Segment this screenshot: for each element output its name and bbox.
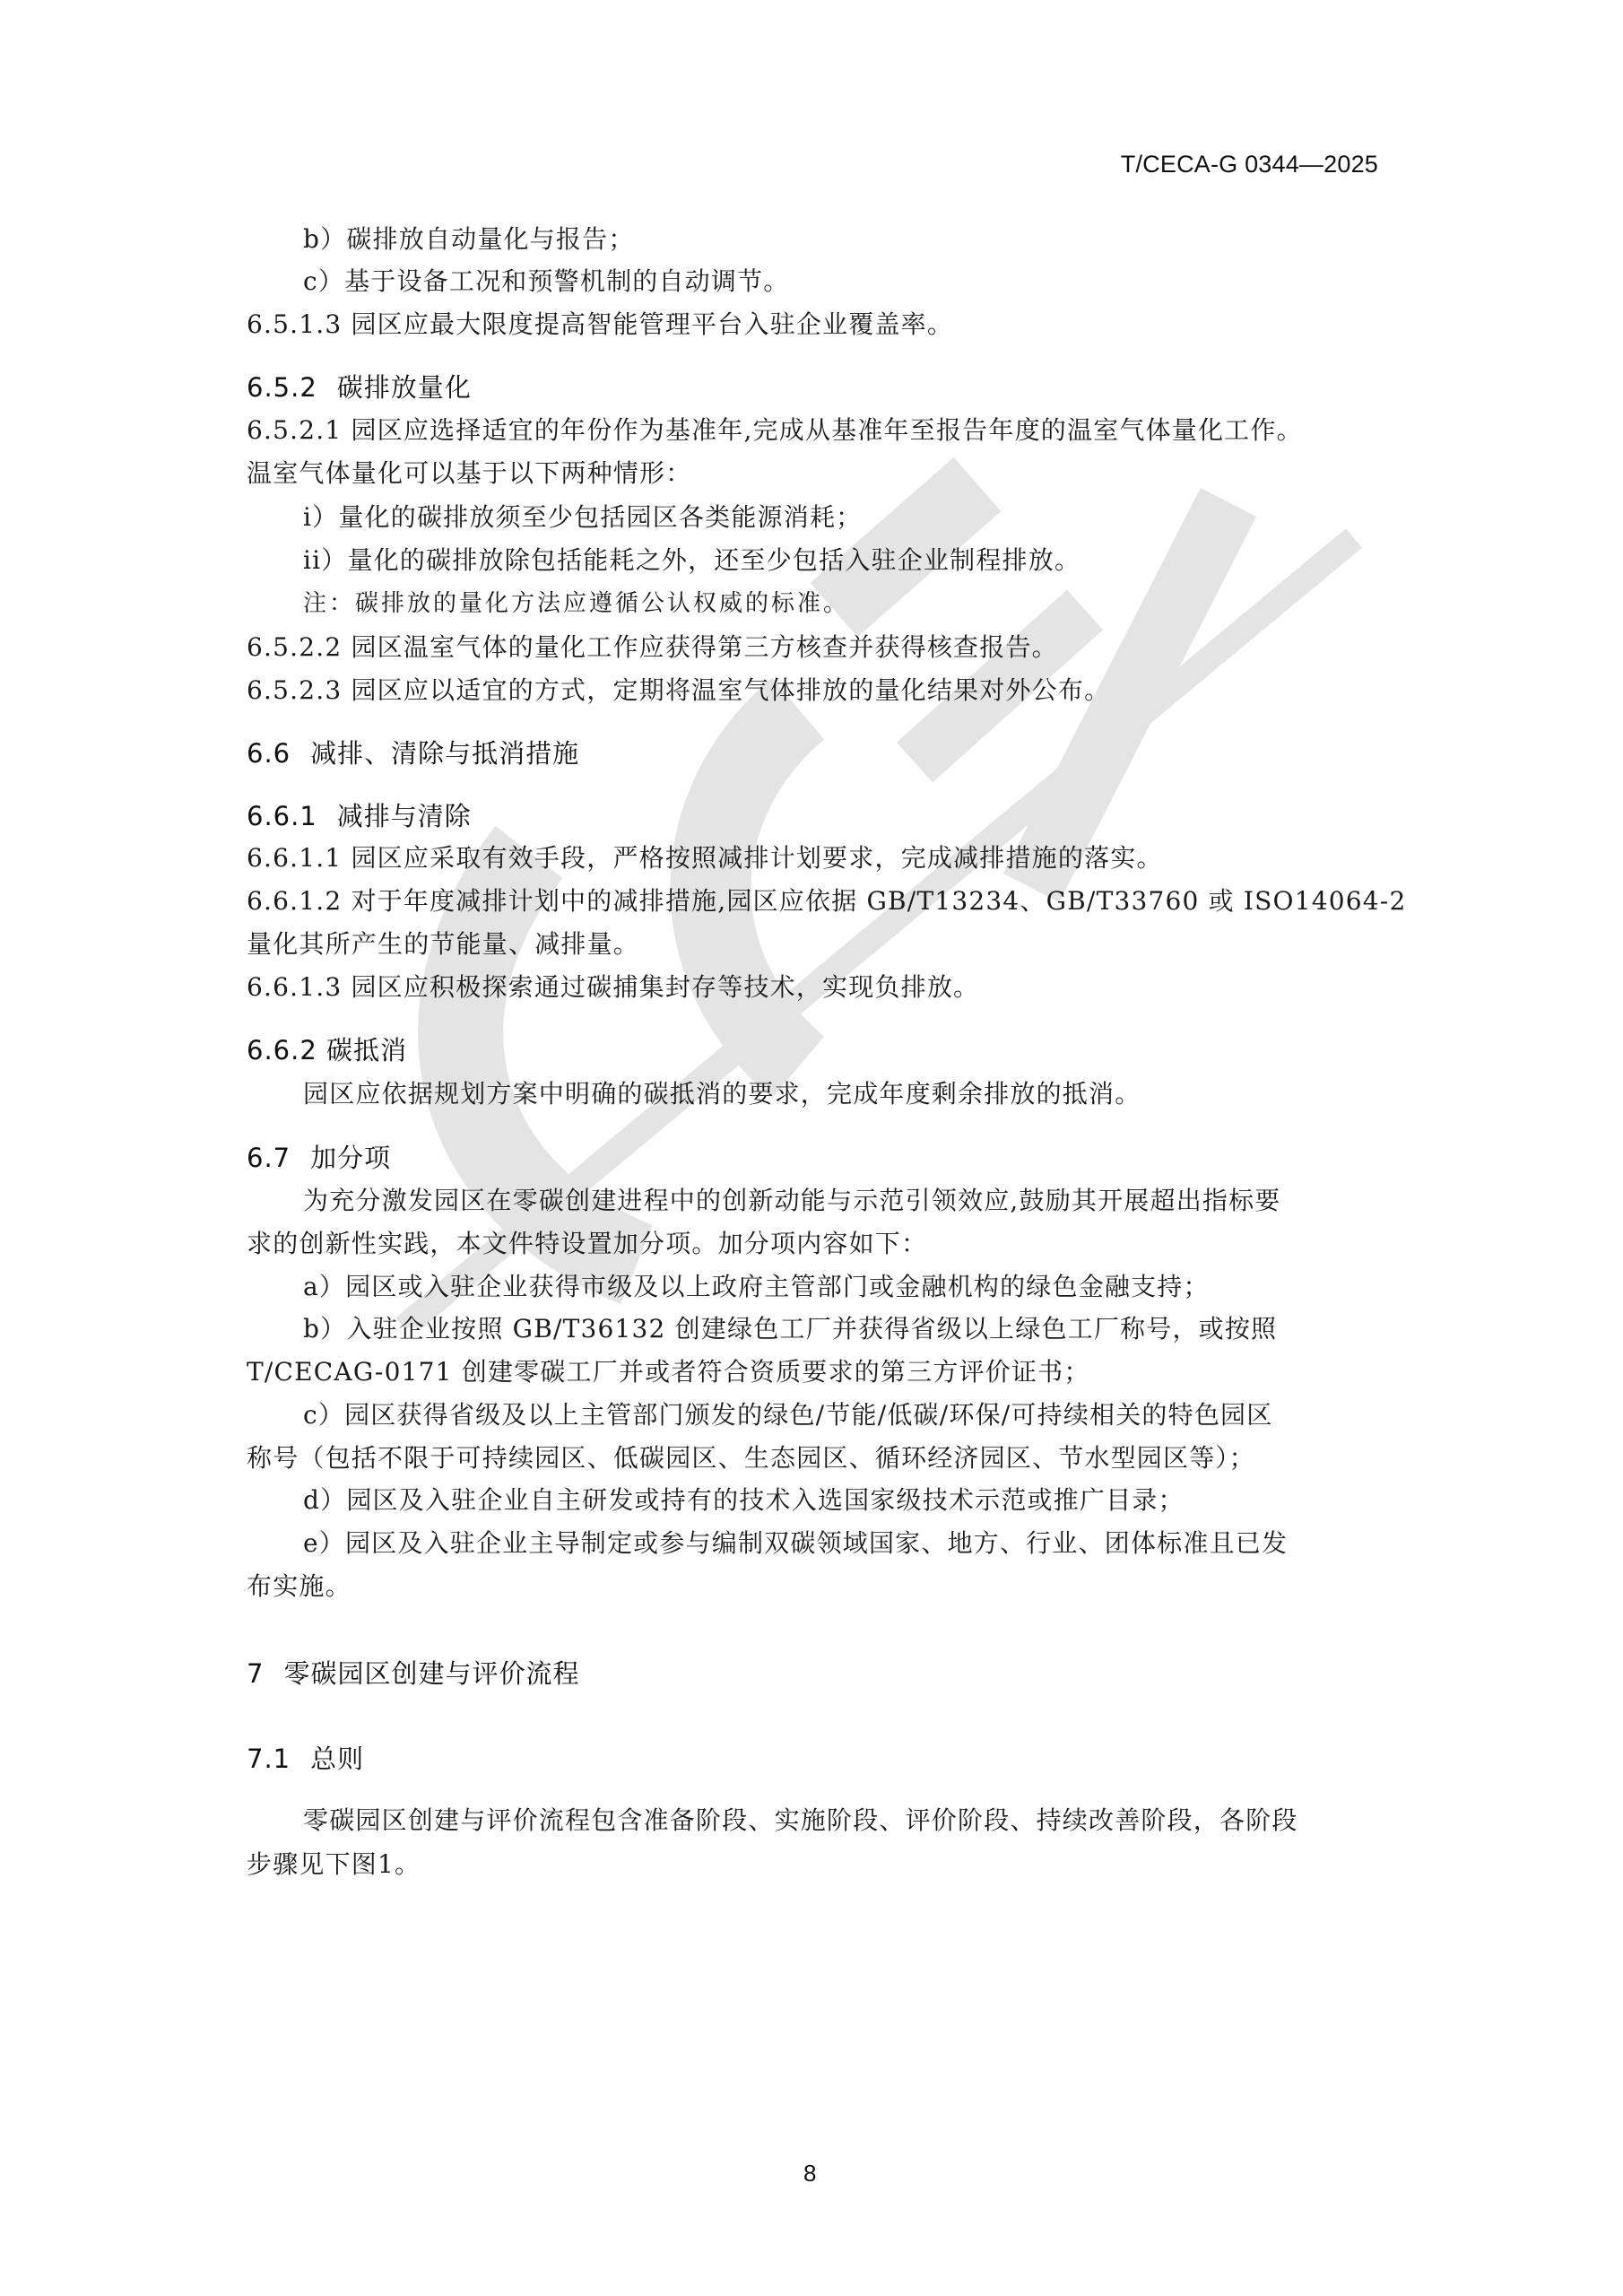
bonus-item-e-cont: 布实施。 (247, 1570, 352, 1603)
bonus-item-a: a）园区或入驻企业获得市级及以上政府主管部门或金融机构的绿色金融支持； (303, 1271, 1210, 1303)
clause-6-5-2-2: 6.5.2.2 园区温室气体的量化工作应获得第三方核查并获得核查报告。 (247, 631, 1058, 664)
clause-6-6-1-3: 6.6.1.3 园区应积极探索通过碳捕集封存等技术，实现负排放。 (247, 971, 979, 1004)
clause-6-5-2-1-cont: 温室气体量化可以基于以下两种情形： (247, 457, 691, 490)
note-text: 注：碳排放的量化方法应遵循公认权威的标准。 (303, 587, 849, 620)
section-number: 7.1 (247, 1744, 291, 1774)
paragraph-6-6-2: 园区应依据规划方案中明确的碳抵消的要求，完成年度剩余排放的抵消。 (303, 1078, 1141, 1110)
list-item-i: i）量化的碳排放须至少包括园区各类能源消耗； (303, 501, 862, 534)
clause-6-6-1-1: 6.6.1.1 园区应采取有效手段，严格按照减排计划要求，完成减排措施的落实。 (247, 842, 1163, 874)
section-number: 6.6.1 (247, 801, 317, 831)
list-item-b: b）碳排放自动量化与报告； (303, 223, 635, 256)
section-title: 零碳园区创建与评价流程 (283, 1658, 579, 1689)
section-number: 6.7 (247, 1143, 291, 1173)
chapter-heading-7: 7零碳园区创建与评价流程 (247, 1657, 579, 1690)
paragraph-6-7-cont: 求的创新性实践，本文件特设置加分项。加分项内容如下： (247, 1228, 927, 1260)
bonus-item-c: c）园区获得省级及以上主管部门颁发的绿色/节能/低碳/环保/可持续相关的特色园区 (303, 1399, 1272, 1431)
list-item-ii: ii）量化的碳排放除包括能耗之外，还至少包括入驻企业制程排放。 (303, 544, 1081, 577)
section-heading-6-7: 6.7加分项 (247, 1142, 391, 1174)
paragraph-7-1: 零碳园区创建与评价流程包含准备阶段、实施阶段、评价阶段、持续改善阶段，各阶段 (303, 1805, 1298, 1837)
list-item-c: c）基于设备工况和预警机制的自动调节。 (303, 265, 789, 298)
section-heading-6-6: 6.6减排、清除与抵消措施 (247, 737, 579, 770)
section-number: 6.6 (247, 738, 291, 769)
section-title: 碳排放量化 (337, 372, 472, 403)
section-title: 减排、清除与抵消措施 (310, 738, 579, 769)
bonus-item-b-cont: T/CECAG-0171 创建零碳工厂并或者符合资质要求的第三方评价证书； (247, 1356, 1090, 1388)
clause-6-6-1-2-cont: 量化其所产生的节能量、减排量。 (247, 928, 639, 961)
paragraph-7-1-cont: 步骤见下图1。 (247, 1848, 421, 1881)
section-heading-6-6-2: 6.6.2 碳抵消 (247, 1034, 407, 1066)
document-id-header: T/CECA-G 0344—2025 (1121, 151, 1378, 178)
clause-6-5-2-1: 6.5.2.1 园区应选择适宜的年份作为基准年,完成从基准年至报告年度的温室气体… (247, 414, 1303, 447)
section-title: 总则 (310, 1744, 364, 1774)
paragraph-6-7: 为充分激发园区在零碳创建进程中的创新动能与示范引领效应,鼓励其开展超出指标要 (303, 1185, 1281, 1217)
document-page: T/CECA-G 0344—2025 b）碳排放自动量化与报告； c）基于设备工… (0, 0, 1623, 2296)
bonus-item-c-cont: 称号（包括不限于可持续园区、低碳园区、生态园区、循环经济园区、节水型园区等）； (247, 1442, 1255, 1474)
section-number: 6.5.2 (247, 372, 317, 403)
clause-6-5-2-3: 6.5.2.3 园区应以适宜的方式，定期将温室气体排放的量化结果对外公布。 (247, 674, 1110, 707)
bonus-item-e: e）园区及入驻企业主导制定或参与编制双碳领域国家、地方、行业、团体标准且已发 (303, 1527, 1288, 1560)
section-number: 7 (247, 1658, 264, 1689)
clause-6-6-1-2: 6.6.1.2 对于年度减排计划中的减排措施,园区应依据 GB/T13234、G… (247, 885, 1406, 918)
section-title: 加分项 (310, 1143, 391, 1173)
section-heading-6-6-1: 6.6.1减排与清除 (247, 800, 472, 832)
bonus-item-b: b）入驻企业按照 GB/T36132 创建绿色工厂并获得省级以上绿色工厂称号，或… (303, 1313, 1277, 1345)
clause-6-5-1-3: 6.5.1.3 园区应最大限度提高智能管理平台入驻企业覆盖率。 (247, 309, 953, 341)
bonus-item-d: d）园区及入驻企业自主研发或持有的技术入选国家级技术示范或推广目录； (303, 1484, 1185, 1517)
section-heading-7-1: 7.1总则 (247, 1743, 364, 1775)
page-number: 8 (803, 2160, 816, 2187)
section-title: 减排与清除 (337, 801, 472, 831)
section-heading-6-5-2: 6.5.2碳排放量化 (247, 371, 472, 404)
